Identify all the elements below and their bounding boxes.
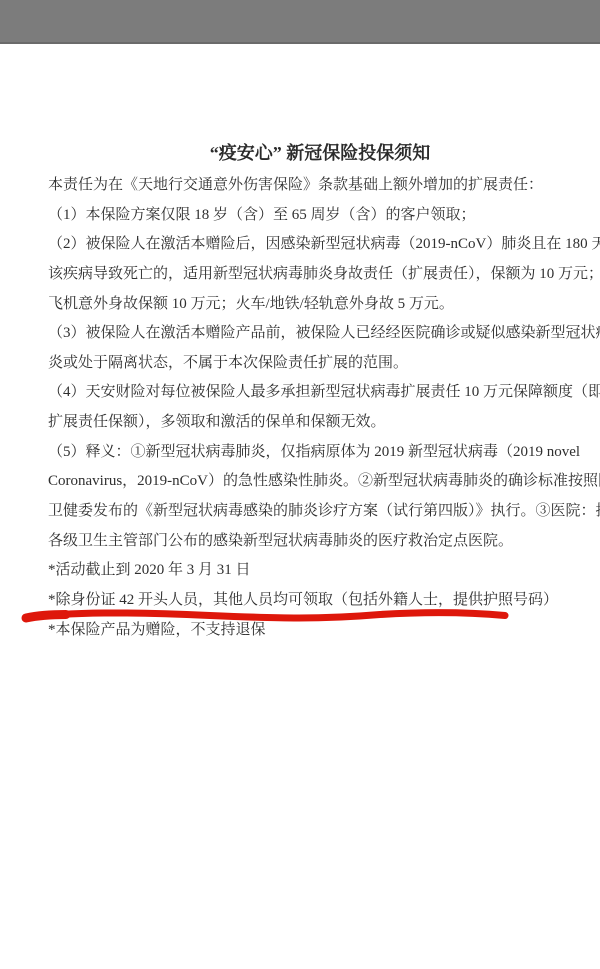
doc-title: “疫安心” 新冠保险投保须知: [20, 139, 600, 165]
doc-body: 本责任为在《天地行交通意外伤害保险》条款基础上额外增加的扩展责任： （1）本保险…: [48, 171, 588, 645]
top-bar: [0, 0, 600, 44]
doc-line: 卫健委发布的《新型冠状病毒感染的肺炎诊疗方案（试行第四版）》执行。③医院：指国家: [48, 497, 588, 527]
doc-line: （5）释义：①新型冠状病毒肺炎，仅指病原体为 2019 新型冠状病毒（2019 …: [48, 438, 588, 468]
doc-line: *活动截止到 2020 年 3 月 31 日: [48, 556, 588, 586]
doc-line: *本保险产品为赠险，不支持退保: [48, 616, 588, 646]
doc-line: *除身份证 42 开头人员，其他人员均可领取（包括外籍人士，提供护照号码）: [48, 586, 588, 616]
doc-line: （3）被保险人在激活本赠险产品前，被保险人已经经医院确诊或疑似感染新型冠状病毒肺: [48, 319, 588, 349]
doc-line: （2）被保险人在激活本赠险后，因感染新型冠状病毒（2019-nCoV）肺炎且在 …: [48, 230, 588, 260]
doc-line: Coronavirus，2019-nCoV）的急性感染性肺炎。②新型冠状病毒肺炎…: [48, 467, 588, 497]
doc-line: 炎或处于隔离状态，不属于本次保险责任扩展的范围。: [48, 349, 588, 379]
doc-line: 各级卫生主管部门公布的感染新型冠状病毒肺炎的医疗救治定点医院。: [48, 527, 588, 557]
doc-line: 该疾病导致死亡的，适用新型冠状病毒肺炎身故责任（扩展责任），保额为 10 万元；…: [48, 260, 588, 290]
doc-line: 扩展责任保额），多领取和激活的保单和保额无效。: [48, 408, 588, 438]
doc-line: （1）本保险方案仅限 18 岁（含）至 65 周岁（含）的客户领取；: [48, 201, 588, 231]
doc-line: 飞机意外身故保额 10 万元；火车/地铁/轻轨意外身故 5 万元。: [48, 290, 588, 320]
doc-line: 本责任为在《天地行交通意外伤害保险》条款基础上额外增加的扩展责任：: [48, 171, 588, 201]
doc-line: （4）天安财险对每位被保险人最多承担新型冠状病毒扩展责任 10 万元保障额度（即…: [48, 378, 588, 408]
